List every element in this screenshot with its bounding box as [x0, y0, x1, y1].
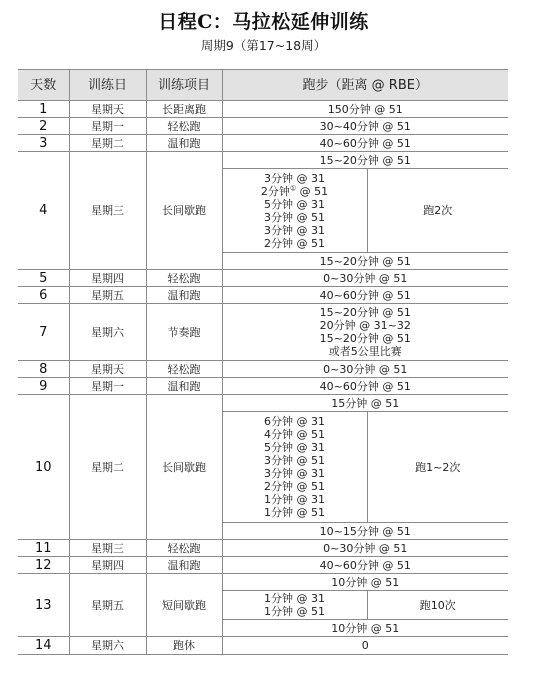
day-cell: 1 [18, 101, 69, 118]
day-cell: 12 [18, 557, 69, 574]
table-row: 13 星期五 短间歇跑 10分钟 @ 51 [18, 574, 508, 591]
weekday-cell: 星期一 [69, 378, 146, 395]
run-line: 15~20分钟 @ 51 [223, 332, 509, 345]
day-cell: 6 [18, 287, 69, 304]
interval-line: 1分钟 @ 51 [223, 605, 367, 618]
weekday-cell: 星期四 [69, 270, 146, 287]
repeat-cell: 跑2次 [367, 169, 508, 253]
run-cell: 30~40分钟 @ 51 [222, 118, 508, 135]
run-cell: 40~60分钟 @ 51 [222, 135, 508, 152]
run-cell: 0~30分钟 @ 51 [222, 361, 508, 378]
day-cell: 9 [18, 378, 69, 395]
run-cell: 150分钟 @ 51 [222, 101, 508, 118]
table-row: 14 星期六 跑休 0 [18, 637, 508, 655]
warmup-cell: 15~20分钟 @ 51 [222, 152, 508, 169]
warmup-cell: 15分钟 @ 51 [222, 395, 508, 412]
header-weekday: 训练日 [69, 70, 146, 101]
weekday-cell: 星期六 [69, 304, 146, 361]
cooldown-cell: 10分钟 @ 51 [222, 620, 508, 637]
table-row: 5 星期四 轻松跑 0~30分钟 @ 51 [18, 270, 508, 287]
run-cell: 40~60分钟 @ 51 [222, 287, 508, 304]
interval-line: 5分钟 @ 31 [223, 441, 367, 454]
interval-list: 6分钟 @ 31 4分钟 @ 51 5分钟 @ 31 3分钟 @ 51 3分钟 … [222, 412, 367, 523]
weekday-cell: 星期四 [69, 557, 146, 574]
day-cell: 4 [18, 152, 69, 270]
run-cell: 40~60分钟 @ 51 [222, 557, 508, 574]
workout-cell: 跑休 [146, 637, 222, 655]
weekday-cell: 星期五 [69, 287, 146, 304]
table-row: 12 星期四 温和跑 40~60分钟 @ 51 [18, 557, 508, 574]
weekday-cell: 星期一 [69, 118, 146, 135]
header-workout: 训练项目 [146, 70, 222, 101]
run-cell: 0~30分钟 @ 51 [222, 540, 508, 557]
workout-cell: 长间歇跑 [146, 395, 222, 540]
table-row: 8 星期天 轻松跑 0~30分钟 @ 51 [18, 361, 508, 378]
workout-cell: 长间歇跑 [146, 152, 222, 270]
run-line: 15~20分钟 @ 51 [223, 306, 509, 319]
header-run: 跑步（距离 @ RBE） [222, 70, 508, 101]
header-day: 天数 [18, 70, 69, 101]
repeat-cell: 跑10次 [367, 591, 508, 620]
table-row: 11 星期三 轻松跑 0~30分钟 @ 51 [18, 540, 508, 557]
weekday-cell: 星期三 [69, 540, 146, 557]
interval-text: 2分钟 [261, 185, 290, 198]
workout-cell: 节奏跑 [146, 304, 222, 361]
interval-line: 1分钟 @ 31 [223, 592, 367, 605]
training-schedule-table: 天数 训练日 训练项目 跑步（距离 @ RBE） 1 星期天 长距离跑 150分… [18, 69, 508, 655]
day-cell: 14 [18, 637, 69, 655]
interval-line: 1分钟 @ 51 [223, 506, 367, 519]
interval-list: 3分钟 @ 31 2分钟① @ 51 5分钟 @ 31 3分钟 @ 51 3分钟… [222, 169, 367, 253]
workout-cell: 长距离跑 [146, 101, 222, 118]
weekday-cell: 星期二 [69, 135, 146, 152]
interval-line: 2分钟 @ 51 [223, 480, 367, 493]
run-cell: 15~20分钟 @ 51 20分钟 @ 31~32 15~20分钟 @ 51 或… [222, 304, 508, 361]
interval-line: 3分钟 @ 31 [223, 172, 367, 185]
workout-cell: 温和跑 [146, 557, 222, 574]
workout-cell: 轻松跑 [146, 270, 222, 287]
interval-suffix: @ 51 [296, 185, 328, 198]
workout-cell: 温和跑 [146, 287, 222, 304]
interval-line: 3分钟 @ 51 [223, 454, 367, 467]
run-cell: 0~30分钟 @ 51 [222, 270, 508, 287]
interval-line: 6分钟 @ 31 [223, 415, 367, 428]
weekday-cell: 星期二 [69, 395, 146, 540]
page-title: 日程C：马拉松延伸训练 [0, 7, 527, 34]
interval-line: 5分钟 @ 31 [223, 198, 367, 211]
day-cell: 2 [18, 118, 69, 135]
table-row: 6 星期五 温和跑 40~60分钟 @ 51 [18, 287, 508, 304]
interval-line: 4分钟 @ 51 [223, 428, 367, 441]
table-row: 1 星期天 长距离跑 150分钟 @ 51 [18, 101, 508, 118]
weekday-cell: 星期六 [69, 637, 146, 655]
table-row: 3 星期二 温和跑 40~60分钟 @ 51 [18, 135, 508, 152]
repeat-cell: 跑1~2次 [367, 412, 508, 523]
interval-line: 2分钟① @ 51 [223, 185, 367, 198]
table-row: 7 星期六 节奏跑 15~20分钟 @ 51 20分钟 @ 31~32 15~2… [18, 304, 508, 361]
table-row: 2 星期一 轻松跑 30~40分钟 @ 51 [18, 118, 508, 135]
table-row: 9 星期一 温和跑 40~60分钟 @ 51 [18, 378, 508, 395]
workout-cell: 轻松跑 [146, 361, 222, 378]
interval-list: 1分钟 @ 31 1分钟 @ 51 [222, 591, 367, 620]
workout-cell: 轻松跑 [146, 118, 222, 135]
day-cell: 5 [18, 270, 69, 287]
interval-line: 1分钟 @ 31 [223, 493, 367, 506]
day-cell: 10 [18, 395, 69, 540]
interval-line: 3分钟 @ 31 [223, 467, 367, 480]
run-line: 20分钟 @ 31~32 [223, 319, 509, 332]
weekday-cell: 星期天 [69, 101, 146, 118]
run-cell: 40~60分钟 @ 51 [222, 378, 508, 395]
page-subtitle: 周期9（第17~18周） [0, 36, 527, 54]
table-header-row: 天数 训练日 训练项目 跑步（距离 @ RBE） [18, 70, 508, 101]
interval-line: 2分钟 @ 51 [223, 237, 367, 250]
workout-cell: 温和跑 [146, 135, 222, 152]
interval-line: 3分钟 @ 51 [223, 211, 367, 224]
weekday-cell: 星期天 [69, 361, 146, 378]
cooldown-cell: 10~15分钟 @ 51 [222, 523, 508, 540]
workout-cell: 温和跑 [146, 378, 222, 395]
run-line: 或者5公里比赛 [223, 345, 509, 358]
run-cell: 0 [222, 637, 508, 655]
cooldown-cell: 15~20分钟 @ 51 [222, 253, 508, 270]
weekday-cell: 星期三 [69, 152, 146, 270]
table-row: 10 星期二 长间歇跑 15分钟 @ 51 [18, 395, 508, 412]
day-cell: 11 [18, 540, 69, 557]
table-row: 4 星期三 长间歇跑 15~20分钟 @ 51 [18, 152, 508, 169]
interval-line: 3分钟 @ 31 [223, 224, 367, 237]
weekday-cell: 星期五 [69, 574, 146, 637]
day-cell: 7 [18, 304, 69, 361]
day-cell: 8 [18, 361, 69, 378]
workout-cell: 轻松跑 [146, 540, 222, 557]
day-cell: 3 [18, 135, 69, 152]
workout-cell: 短间歇跑 [146, 574, 222, 637]
warmup-cell: 10分钟 @ 51 [222, 574, 508, 591]
day-cell: 13 [18, 574, 69, 637]
